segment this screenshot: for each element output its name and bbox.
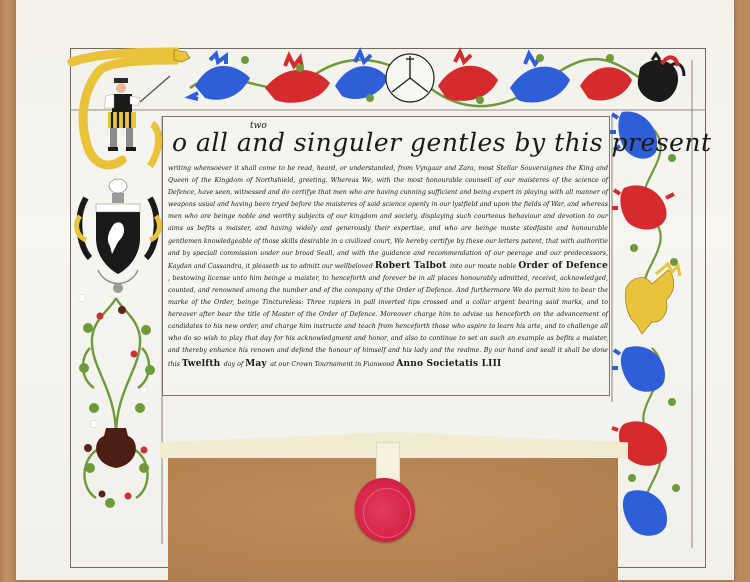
body-line: into our moste noble <box>450 263 518 270</box>
wax-seal <box>355 478 415 542</box>
anno-date: Anno Societatis LIII <box>396 359 501 369</box>
seal-ribbon-tab <box>376 442 400 482</box>
flower-pot <box>96 428 136 468</box>
gold-griffin <box>625 264 680 334</box>
red-acanthus-right-1 <box>612 185 674 229</box>
body-line: candidates to his new order, and charge … <box>168 323 600 330</box>
order-name: Order of Defence <box>518 261 608 271</box>
blue-acanthus-1 <box>190 54 250 100</box>
blue-acanthus-2 <box>335 52 388 99</box>
date-day: Twelfth <box>182 359 224 369</box>
wax-seal-impression <box>363 488 411 538</box>
body-line: to admitt our wellbeloved <box>291 263 375 270</box>
scroll-body-text: writing whensoever it shall come to be r… <box>168 163 608 371</box>
body-line: at our Crown Tournament in Fianwood <box>270 361 396 368</box>
opening-line: o all and singuler gentles by this prese… <box>172 128 612 157</box>
red-acanthus-2 <box>438 52 498 101</box>
body-line: day of <box>224 361 245 368</box>
rapier-roundel <box>386 54 434 102</box>
left-illumination-panel <box>70 48 162 544</box>
hound-crest <box>109 179 127 203</box>
date-month: May <box>245 359 270 369</box>
body-line: writing whensoever it shall come to be r… <box>168 165 596 172</box>
body-line: bear the title of Master of the Order of… <box>217 311 608 318</box>
shield-arms <box>96 204 140 293</box>
right-illumination-panel <box>612 48 706 548</box>
recipient-name: Robert Talbot <box>375 261 450 271</box>
blue-acanthus-right-3 <box>623 490 667 536</box>
red-acanthus-1 <box>265 56 330 103</box>
body-line: , bestowing license unto him beinge a <box>168 275 294 282</box>
